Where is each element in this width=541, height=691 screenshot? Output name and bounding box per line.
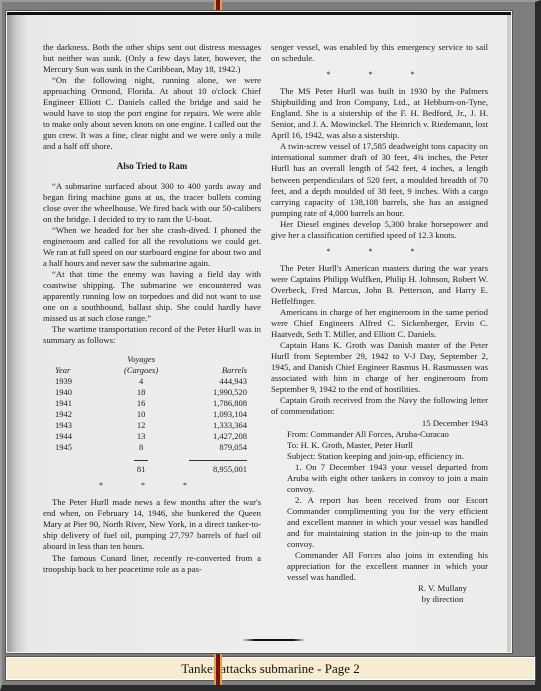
right-column: senger vessel, was enabled by this emerg… — [271, 42, 488, 605]
table-row: 19394444,943 — [43, 376, 261, 387]
section-separator: * * * — [43, 480, 261, 491]
sum-rule — [189, 460, 247, 461]
paragraph: “On the following night, running alone, … — [43, 75, 261, 152]
table-header-row: Year (Cargoes) Barrels — [43, 365, 261, 376]
section-separator: * * * — [271, 246, 488, 257]
paragraph: Captain Hans K. Groth was Danish master … — [271, 340, 488, 395]
paragraph: The MS Peter Hurll was built in 1930 by … — [271, 86, 488, 141]
letter-closing: Commander All Forces also joins in exten… — [287, 550, 488, 583]
paragraph: The Peter Hurll's American masters durin… — [271, 263, 488, 307]
page-divider-marker — [214, 654, 222, 685]
left-column: the darkness. Both the other ships sent … — [43, 42, 261, 575]
transportation-record-table: Voyages Year (Cargoes) Barrels 19394444,… — [43, 354, 261, 475]
paragraph: The Peter Hurll made news a few months a… — [43, 497, 261, 552]
paragraph: The wartime transportation record of the… — [43, 324, 261, 346]
paragraph: the darkness. Both the other ships sent … — [43, 42, 261, 75]
page-caption: Tanker attacks submarine - Page 2 — [6, 657, 535, 680]
section-heading: Also Tried to Ram — [43, 161, 261, 172]
total-rule-row — [43, 453, 261, 464]
page-top-edge — [7, 12, 511, 15]
paragraph: “At that time the enemy was having a fie… — [43, 269, 261, 324]
letter-from: From: Commander All Forces, Aruba-Curaca… — [287, 429, 488, 440]
paragraph: “A submarine surfaced about 300 to 400 y… — [43, 181, 261, 225]
table-row: 1940181,990,520 — [43, 387, 261, 398]
paragraph: Captain Groth received from the Navy the… — [271, 395, 488, 417]
table-row: 1944131,427,208 — [43, 431, 261, 442]
section-separator: * * * — [271, 69, 488, 80]
table-row: 19458879,054 — [43, 442, 261, 453]
table-row: 1941161,786,808 — [43, 398, 261, 409]
letter-signature-note: by direction — [287, 594, 488, 605]
paragraph: “When we headed for her she crash-dived.… — [43, 225, 261, 269]
commendation-letter: 15 December 1943 From: Commander All For… — [271, 418, 488, 606]
letter-item: 1. On 7 December 1943 your vessel depart… — [287, 462, 488, 495]
letter-subject: Subject: Station keeping and join-up, ef… — [287, 451, 488, 462]
letter-to: To: H. K. Groth, Master, Peter Hurll — [287, 440, 488, 451]
paragraph: The famous Cunard liner, recently re-con… — [43, 553, 261, 575]
table-row: 1943121,333,364 — [43, 420, 261, 431]
letter-signature: R. V. Mullany — [287, 583, 488, 594]
paragraph: Americans in charge of her engineroom in… — [271, 307, 488, 340]
table-total-row: 81 8,955,001 — [43, 464, 261, 475]
sum-rule — [134, 460, 148, 461]
table-row: 1942101,093,104 — [43, 409, 261, 420]
paragraph: Her Diesel engines develop 5,300 brake h… — [271, 219, 488, 241]
paragraph: senger vessel, was enabled by this emerg… — [271, 42, 488, 64]
table-header-row: Voyages — [43, 354, 261, 365]
paragraph: A twin-screw vessel of 17,585 deadweight… — [271, 141, 488, 218]
letter-item: 2. A report has been received from our E… — [287, 495, 488, 550]
scanned-page: the darkness. Both the other ships sent … — [6, 11, 512, 653]
page-end-rule — [242, 639, 306, 641]
letter-date: 15 December 1943 — [287, 418, 488, 429]
